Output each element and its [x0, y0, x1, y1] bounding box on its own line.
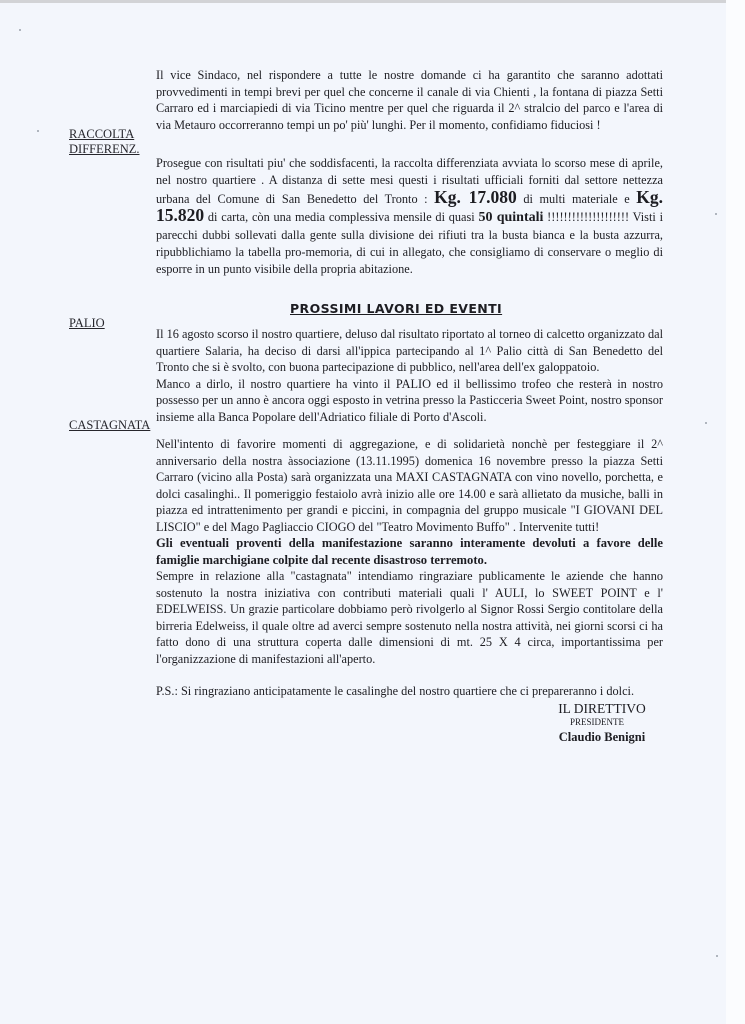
section-label-castagnata: CASTAGNATA — [69, 418, 150, 433]
castagnata-text: Nell'intento di favorire momenti di aggr… — [156, 436, 663, 535]
castagnata-paragraph: Nell'intento di favorire momenti di aggr… — [156, 436, 663, 700]
postscript: P.S.: Si ringraziano anticipatamente le … — [156, 683, 663, 700]
scan-speck — [19, 29, 21, 31]
palio-paragraph: Il 16 agosto scorso il nostro quartiere,… — [156, 326, 663, 425]
section-label-raccolta: RACCOLTA DIFFERENZ. — [69, 127, 140, 157]
raccolta-text: di multi materiale e — [517, 192, 636, 206]
raccolta-paragraph: Prosegue con risultati piu' che soddisfa… — [156, 155, 663, 278]
kg-multi-materiale: Kg. 17.080 — [434, 187, 517, 207]
quintali-value: 50 quintali — [479, 210, 544, 225]
raccolta-text: di carta, còn una media complessiva mens… — [204, 210, 478, 224]
scan-speck — [37, 130, 39, 132]
castagnata-bold-text: Gli eventuali proventi della manifestazi… — [156, 535, 663, 568]
label-line: RACCOLTA — [69, 127, 140, 142]
label-line: DIFFERENZ. — [69, 142, 140, 157]
scan-speck — [715, 213, 717, 215]
signature-directive: IL DIRETTIVO — [552, 701, 652, 717]
intro-paragraph: Il vice Sindaco, nel rispondere a tutte … — [156, 67, 663, 133]
scan-speck — [716, 955, 718, 957]
scan-speck — [705, 422, 707, 424]
signature-name: Claudio Benigni — [552, 730, 652, 745]
scan-right-margin — [726, 0, 745, 1024]
castagnata-text: Sempre in relazione alla "castagnata" in… — [156, 568, 663, 667]
scan-top-edge — [0, 0, 745, 3]
signature-role: PRESIDENTE — [552, 717, 642, 727]
section-heading: PROSSIMI LAVORI ED EVENTI — [290, 301, 502, 316]
section-label-palio: PALIO — [69, 316, 105, 331]
palio-text: Manco a dirlo, il nostro quartiere ha vi… — [156, 376, 663, 426]
palio-text: Il 16 agosto scorso il nostro quartiere,… — [156, 326, 663, 376]
intro-text: Il vice Sindaco, nel rispondere a tutte … — [156, 67, 663, 133]
